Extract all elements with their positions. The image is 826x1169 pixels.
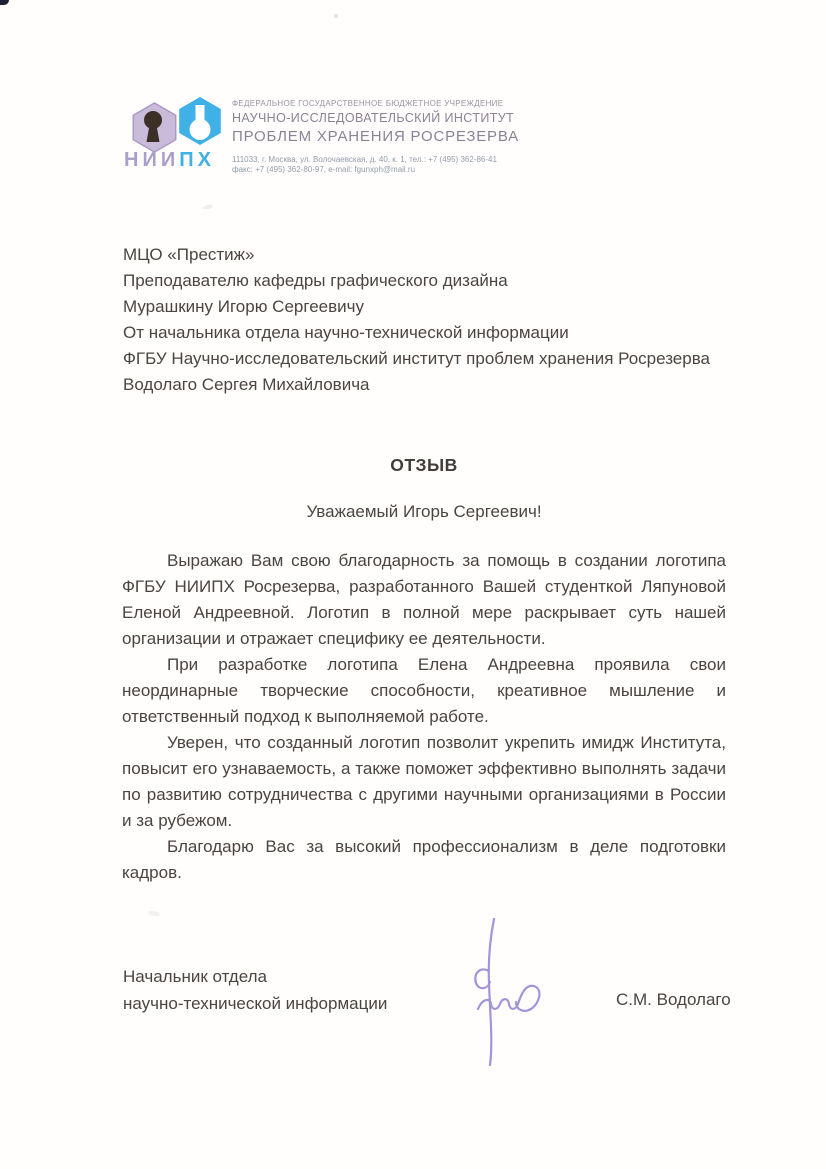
org-name-block: ФЕДЕРАЛЬНОЕ ГОСУДАРСТВЕННОЕ БЮДЖЕТНОЕ УЧ… bbox=[232, 99, 532, 175]
body-paragraph: Уверен, что созданный логотип позволит у… bbox=[122, 730, 726, 834]
recipient-line: Мурашкину Игорю Сергеевичу bbox=[123, 294, 710, 320]
signer-name: С.М. Водолаго bbox=[616, 990, 731, 1010]
signature-main-stroke bbox=[489, 919, 494, 1065]
signature-flourish bbox=[478, 986, 539, 1011]
logo-acronym-niipart: НИИ bbox=[124, 149, 179, 171]
body-paragraph: Благодарю Вас за высокий профессионализм… bbox=[122, 834, 726, 886]
org-name-line-1: НАУЧНО-ИССЛЕДОВАТЕЛЬСКИЙ ИНСТИТУТ bbox=[232, 111, 532, 125]
body-paragraph: При разработке логотипа Елена Андреевна … bbox=[122, 652, 726, 730]
signature-ink bbox=[475, 919, 539, 1065]
logo-hexagon-flask-icon bbox=[179, 97, 221, 145]
recipient-line: МЦО «Престиж» bbox=[123, 242, 710, 268]
scan-smudge bbox=[148, 910, 161, 917]
org-type-line: ФЕДЕРАЛЬНОЕ ГОСУДАРСТВЕННОЕ БЮДЖЕТНОЕ УЧ… bbox=[232, 99, 532, 108]
scan-smudge bbox=[334, 14, 338, 18]
scan-corner-artifact bbox=[0, 0, 9, 5]
logo-acronym-phpart: ПХ bbox=[179, 149, 215, 171]
signer-position-line: научно-технической информации bbox=[123, 990, 387, 1017]
recipient-line: От начальника отдела научно-технической … bbox=[123, 320, 710, 346]
document-title: ОТЗЫВ bbox=[122, 455, 726, 476]
recipient-block: МЦО «Престиж» Преподавателю кафедры граф… bbox=[123, 242, 710, 398]
letter-body: Выражаю Вам свою благодарность за помощь… bbox=[122, 548, 726, 886]
scanned-letter-page: НИИПХ ФЕДЕРАЛЬНОЕ ГОСУДАРСТВЕННОЕ БЮДЖЕТ… bbox=[0, 0, 826, 1169]
salutation: Уважаемый Игорь Сергеевич! bbox=[122, 502, 726, 522]
org-contact-line: факс: +7 (495) 362-80-97, e-mail: fgunxp… bbox=[232, 165, 532, 175]
logo-acronym: НИИПХ bbox=[124, 149, 228, 172]
recipient-line: ФГБУ Научно-исследовательский институт п… bbox=[123, 346, 710, 372]
org-name-line-2: ПРОБЛЕМ ХРАНЕНИЯ РОСРЕЗЕРВА bbox=[232, 128, 532, 145]
signer-position: Начальник отдела научно-технической инфо… bbox=[123, 963, 387, 1017]
recipient-line: Водолаго Сергея Михайловича bbox=[123, 372, 710, 398]
scan-smudge bbox=[203, 204, 214, 210]
flask-bulb bbox=[190, 119, 211, 140]
org-address-line: 111033, г. Москва, ул. Волочаевская, д. … bbox=[232, 155, 532, 165]
recipient-line: Преподавателю кафедры графического дизай… bbox=[123, 268, 710, 294]
signer-position-line: Начальник отдела bbox=[123, 963, 387, 990]
logo-hexagon-keyhole-icon bbox=[133, 103, 175, 152]
body-paragraph: Выражаю Вам свою благодарность за помощь… bbox=[122, 548, 726, 652]
org-address-block: 111033, г. Москва, ул. Волочаевская, д. … bbox=[232, 155, 532, 175]
handwritten-signature bbox=[450, 905, 560, 1070]
